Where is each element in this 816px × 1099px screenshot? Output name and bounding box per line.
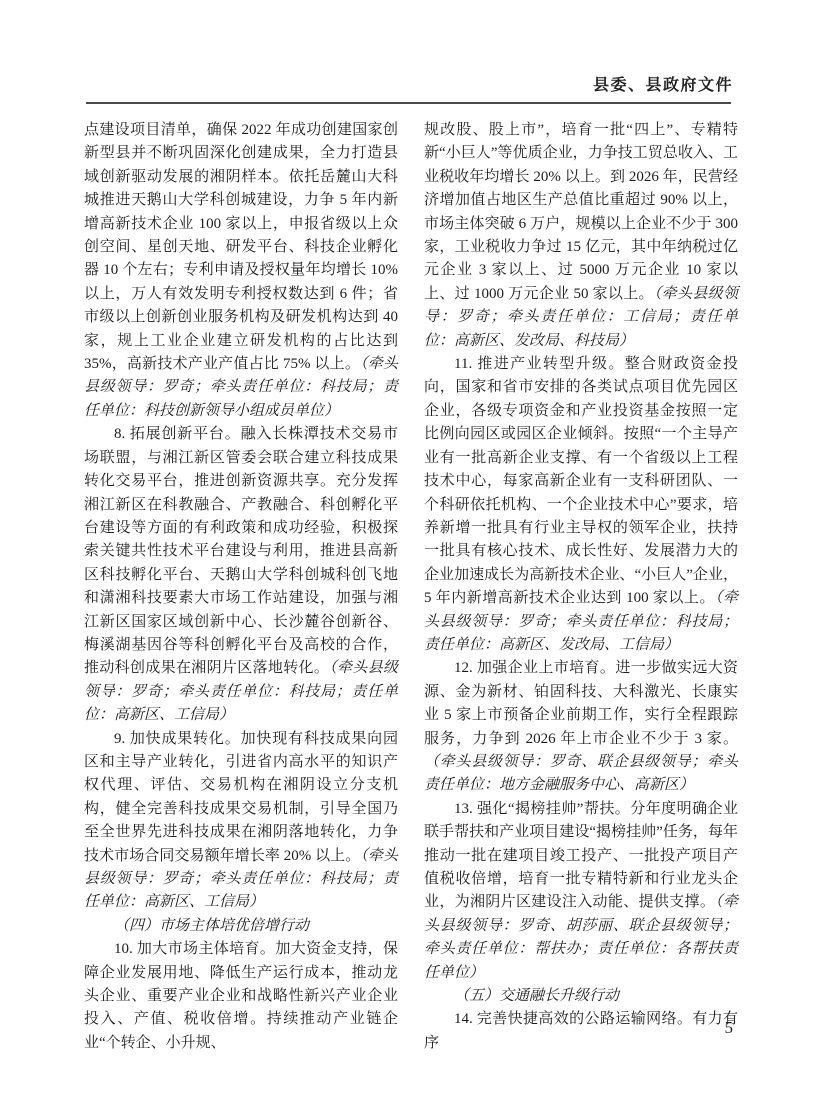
paragraph: 8. 拓展创新平台。融入长株潭技术交易市场联盟，与湘江新区管委会联合建立科技成果… — [84, 423, 398, 727]
column-right: 规改股、股上市”，培育一批“四上”、专精特新“小巨人”等优质企业，力争技工贸总收… — [424, 119, 738, 1055]
body-text: （四）市场主体培优倍增行动 — [114, 918, 309, 934]
body-text: 12. 加强企业上市培育。进一步做实远大资源、金为新材、铂固科技、大科激光、长康… — [424, 660, 738, 746]
header-rule-divider — [86, 102, 731, 104]
document-header-label: 县委、县政府文件 — [84, 72, 733, 95]
paragraph: 规改股、股上市”，培育一批“四上”、专精特新“小巨人”等优质企业，力争技工贸总收… — [424, 119, 738, 353]
paragraph: 13. 强化“揭榜挂帅”帮扶。分年度明确企业联手帮扶和产业项目建设“揭榜挂帅”任… — [424, 798, 738, 985]
paragraph: 12. 加强企业上市培育。进一步做实远大资源、金为新材、铂固科技、大科激光、长康… — [424, 657, 738, 797]
section-heading: （四）市场主体培优倍增行动 — [84, 915, 398, 938]
document-page: 县委、县政府文件 点建设项目清单，确保 2022 年成功创建国家创新型县并不断巩… — [0, 0, 816, 1099]
body-text: 11. 推进产业转型升级。整合财政资金投向，国家和省市安排的各类试点项目优先园区… — [424, 356, 738, 606]
paragraph: 9. 加快成果转化。加快现有科技成果向园区和主导产业转化，引进省内高水平的知识产… — [84, 728, 398, 915]
page-number: 5 — [84, 1018, 733, 1038]
paragraph: 11. 推进产业转型升级。整合财政资金投向，国家和省市安排的各类试点项目优先园区… — [424, 353, 738, 657]
paragraph: 点建设项目清单，确保 2022 年成功创建国家创新型县并不断巩固深化创建成果，全… — [84, 119, 398, 423]
body-text: 8. 拓展创新平台。融入长株潭技术交易市场联盟，与湘江新区管委会联合建立科技成果… — [84, 426, 398, 676]
columns: 点建设项目清单，确保 2022 年成功创建国家创新型县并不断巩固深化创建成果，全… — [84, 119, 738, 1055]
body-text: 9. 加快成果转化。加快现有科技成果向园区和主导产业转化，引进省内高水平的知识产… — [84, 731, 398, 864]
responsibility-annotation: （牵头县级领导：罗奇、联企县级领导；牵头责任单位：地方金融服务中心、高新区） — [424, 754, 738, 793]
body-text: 规改股、股上市”，培育一批“四上”、专精特新“小巨人”等优质企业，力争技工贸总收… — [424, 122, 738, 302]
body-text: 13. 强化“揭榜挂帅”帮扶。分年度明确企业联手帮扶和产业项目建设“揭榜挂帅”任… — [424, 801, 738, 911]
column-left: 点建设项目清单，确保 2022 年成功创建国家创新型县并不断巩固深化创建成果，全… — [84, 119, 398, 1055]
section-heading: （五）交通融长升级行动 — [424, 985, 738, 1008]
body-text: （五）交通融长升级行动 — [454, 988, 619, 1004]
body-text: 点建设项目清单，确保 2022 年成功创建国家创新型县并不断巩固深化创建成果，全… — [84, 122, 398, 372]
